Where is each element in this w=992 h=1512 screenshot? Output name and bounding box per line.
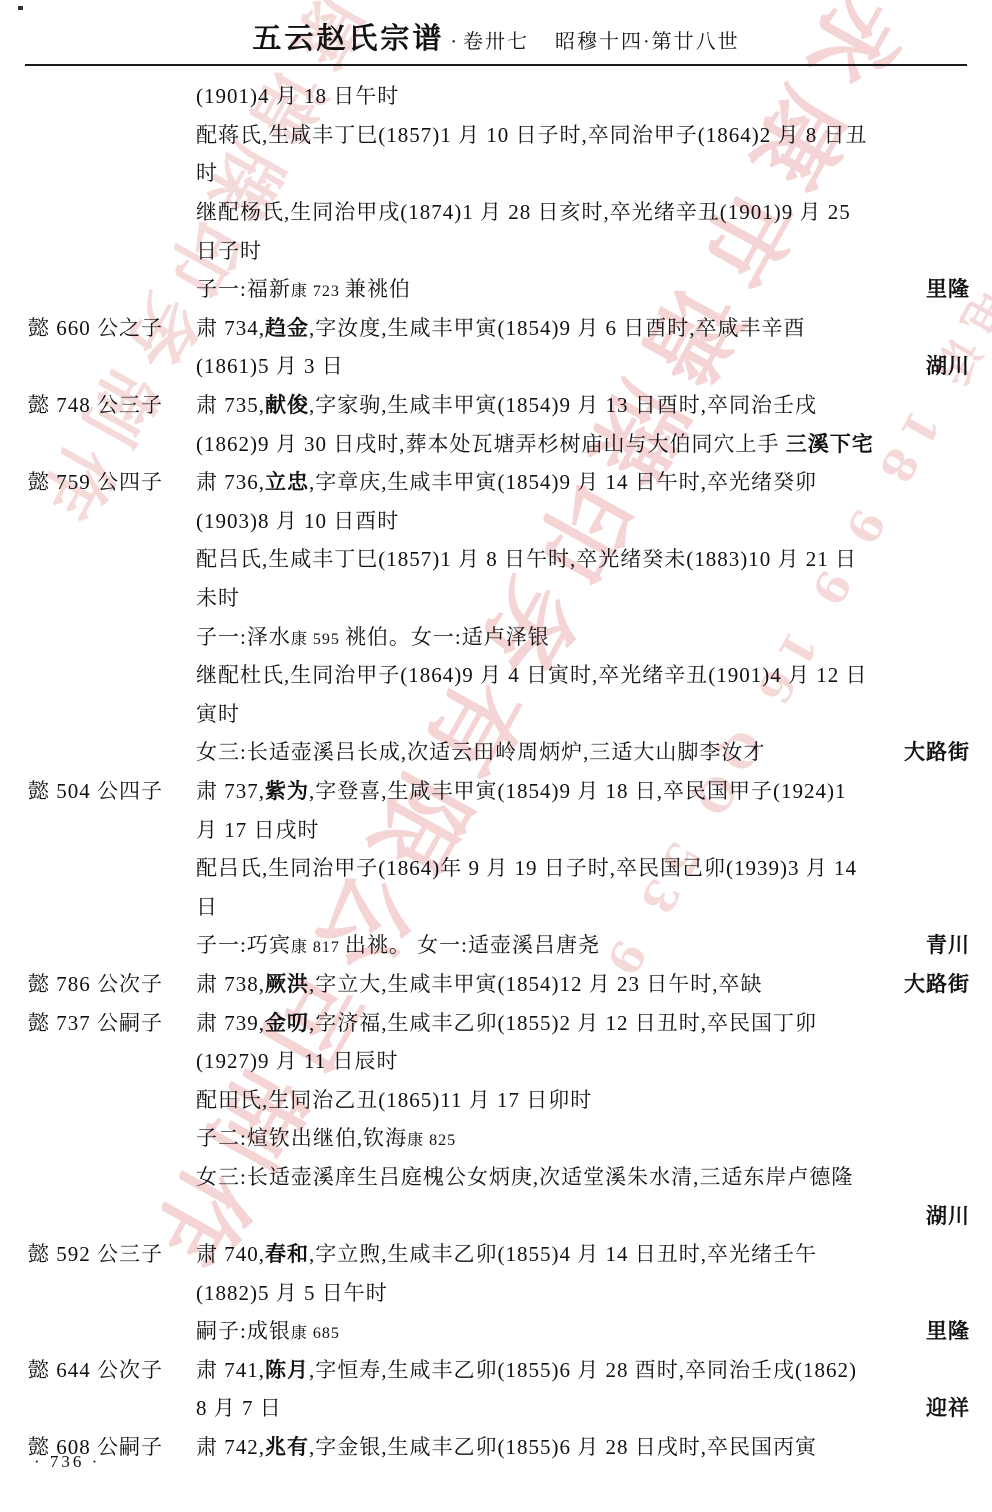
genealogy-line: 继配杨氏,生同治甲戌(1874)1 月 28 日亥时,卒光绪辛丑(1901)9 … [0,192,992,231]
line-text: 肃 735,献俊,字家驹,生咸丰甲寅(1854)9 月 13 日酉时,卒同治壬戌 [196,389,817,419]
small-annotation-text: 康 595 [291,631,345,648]
body-text: 配吕氏,生同治甲子(1864)年 9 月 19 日子时,卒民国己卯(1939)3… [196,856,857,880]
line-text: 子一:福新康 723 兼祧伯 [196,273,411,303]
genealogy-line: (1862)9 月 30 日戌时,葬本处瓦塘弄杉树庙山与大伯同穴上手 三溪下宅 [0,423,992,462]
genealogy-line: 嗣子:成银康 685里隆 [0,1311,992,1350]
line-text: (1862)9 月 30 日戌时,葬本处瓦塘弄杉树庙山与大伯同穴上手 三溪下宅 [196,428,874,458]
body-text: 肃 737, [196,779,265,803]
line-text: 配吕氏,生同治甲子(1864)年 9 月 19 日子时,卒民国己卯(1939)3… [196,852,857,882]
body-text: 肃 741, [196,1358,265,1382]
line-text: 女三:长适壶溪吕长成,次适云田岭周炳炉,三适大山脚李汝才 [196,736,765,766]
bold-text: 兆有 [265,1435,309,1459]
genealogy-line: 湖川 [0,1195,992,1234]
body-text: 肃 739, [196,1011,265,1035]
volume-label: 卷卅七 [463,31,529,53]
generation-label: 昭穆十四·第廿八世 [555,31,740,53]
line-text: 未时 [196,582,240,612]
body-text: 肃 735, [196,393,265,417]
body-text: ,字家驹,生咸丰甲寅(1854)9 月 13 日酉时,卒同治壬戌 [309,393,817,417]
line-text: 时 [196,157,218,187]
body-text: (1861)5 月 3 日 [196,354,344,378]
genealogy-text-body: (1901)4 月 18 日午时配蒋氏,生咸丰丁巳(1857)1 月 10 日子… [0,76,992,1465]
page-number: · 736 · [34,1452,100,1472]
genealogy-line: 懿 504 公四子肃 737,紫为,字登喜,生咸丰甲寅(1854)9 月 18 … [0,771,992,810]
body-text: 配吕氏,生咸丰丁巳(1857)1 月 8 日午时,卒光绪癸未(1883)10 月… [196,547,857,571]
genealogy-line: 配田氏,生同治乙丑(1865)11 月 17 日卯时 [0,1079,992,1118]
genealogy-line: 配吕氏,生咸丰丁巳(1857)1 月 8 日午时,卒光绪癸未(1883)10 月… [0,539,992,578]
body-text: 配蒋氏,生咸丰丁巳(1857)1 月 10 日子时,卒同治甲子(1864)2 月… [196,123,867,147]
place-name: 里隆 [914,1315,970,1345]
body-text: ,字恒寿,生咸丰乙卯(1855)6 月 28 酉时,卒同治壬戌(1862) [309,1358,857,1382]
entry-parent-label: 懿 786 公次子 [28,968,163,998]
line-text: 肃 739,金叨,字济福,生咸丰乙卯(1855)2 月 12 日丑时,卒民国丁卯 [196,1007,817,1037]
line-text: 肃 742,兆有,字金银,生咸丰乙卯(1855)6 月 28 日戌时,卒民国丙寅 [196,1431,817,1461]
line-text: 子二:煊钦出继伯,钦海康 825 [196,1122,456,1152]
body-text: 继配杜氏,生同治甲子(1864)9 月 4 日寅时,卒光绪辛丑(1901)4 月… [196,663,867,687]
genealogy-line: (1903)8 月 10 日酉时 [0,501,992,540]
genealogy-line: 配蒋氏,生咸丰丁巳(1857)1 月 10 日子时,卒同治甲子(1864)2 月… [0,115,992,154]
entry-parent-label: 懿 660 公之子 [28,312,163,342]
place-name: 里隆 [914,273,970,303]
bold-text: 湖川 [926,1204,970,1228]
bold-text: 里隆 [926,1319,970,1343]
bold-text: 趋金 [265,316,309,340]
genealogy-line: 子二:煊钦出继伯,钦海康 825 [0,1118,992,1157]
line-text: 肃 736,立忠,字章庆,生咸丰甲寅(1854)9 月 14 日午时,卒光绪癸卯 [196,466,817,496]
genealogy-line: 月 17 日戌时 [0,809,992,848]
bold-text: 迎祥 [926,1396,970,1420]
line-text: 子一:泽水康 595 祧伯。女一:适卢泽银 [196,621,550,651]
page-header: 五云赵氏宗谱·卷卅七昭穆十四·第廿八世 [0,16,992,57]
body-text: ,字章庆,生咸丰甲寅(1854)9 月 14 日午时,卒光绪癸卯 [309,470,817,494]
line-text: 肃 740,春和,字立煦,生咸丰乙卯(1855)4 月 14 日丑时,卒光绪壬午 [196,1238,817,1268]
book-title: 五云赵氏宗谱 [252,23,444,55]
body-text: 肃 742, [196,1435,265,1459]
genealogy-line: (1861)5 月 3 日湖川 [0,346,992,385]
genealogy-line: 继配杜氏,生同治甲子(1864)9 月 4 日寅时,卒光绪辛丑(1901)4 月… [0,655,992,694]
genealogy-line: 子一:福新康 723 兼祧伯里隆 [0,269,992,308]
line-text: 月 17 日戌时 [196,814,320,844]
body-text: (1903)8 月 10 日酉时 [196,509,399,533]
line-text: 肃 734,趋金,字汝度,生咸丰甲寅(1854)9 月 6 日酉时,卒咸丰辛酉 [196,312,806,342]
body-text: ,字立大,生咸丰甲寅(1854)12 月 23 日午时,卒缺 [309,972,763,996]
body-text: 子一:泽水 [196,625,291,649]
genealogy-line: 女三:长适壶溪吕长成,次适云田岭周炳炉,三适大山脚李汝才大路街 [0,732,992,771]
line-text: 肃 741,陈月,字恒寿,生咸丰乙卯(1855)6 月 28 酉时,卒同治壬戌(… [196,1354,857,1384]
genealogy-line: 懿 786 公次子肃 738,厥洪,字立大,生咸丰甲寅(1854)12 月 23… [0,964,992,1003]
line-text: 肃 737,紫为,字登喜,生咸丰甲寅(1854)9 月 18 日,卒民国甲子(1… [196,775,846,805]
genealogy-line: 日 [0,886,992,925]
body-text: 未时 [196,586,240,610]
body-text: (1927)9 月 11 日辰时 [196,1049,398,1073]
body-text: 子二:煊钦出继伯,钦海 [196,1126,407,1150]
scan-artifact [18,6,23,10]
body-text: 祧伯。女一:适卢泽银 [345,625,550,649]
entry-parent-label: 懿 504 公四子 [28,775,163,805]
line-text: 继配杨氏,生同治甲戌(1874)1 月 28 日亥时,卒光绪辛丑(1901)9 … [196,196,851,226]
body-text: 日子时 [196,239,262,263]
genealogy-line: 懿 608 公嗣子肃 742,兆有,字金银,生咸丰乙卯(1855)6 月 28 … [0,1427,992,1466]
entry-parent-label: 懿 644 公次子 [28,1354,163,1384]
body-text: 子一:福新 [196,277,291,301]
header-divider-line [25,64,967,66]
line-text: 女三:长适壶溪庠生吕庭槐公女炳庚,次适堂溪朱水清,三适东岸卢德隆 [196,1161,853,1191]
body-text: (1901)4 月 18 日午时 [196,84,399,108]
entry-parent-label: 懿 748 公三子 [28,389,163,419]
body-text: 继配杨氏,生同治甲戌(1874)1 月 28 日亥时,卒光绪辛丑(1901)9 … [196,200,851,224]
line-text: 配蒋氏,生咸丰丁巳(1857)1 月 10 日子时,卒同治甲子(1864)2 月… [196,119,867,149]
line-text: 嗣子:成银康 685 [196,1315,340,1345]
line-text: 8 月 7 日 [196,1392,282,1422]
line-text: 子一:巧宾康 817 出祧。 女一:适壶溪吕唐尧 [196,929,600,959]
genealogy-line: (1882)5 月 5 日午时 [0,1272,992,1311]
body-text: ,字立煦,生咸丰乙卯(1855)4 月 14 日丑时,卒光绪壬午 [309,1242,817,1266]
body-text: (1862)9 月 30 日戌时,葬本处瓦塘弄杉树庙山与大伯同穴上手 [196,432,786,456]
body-text: 肃 740, [196,1242,265,1266]
bold-text: 里隆 [926,277,970,301]
genealogy-line: (1927)9 月 11 日辰时 [0,1041,992,1080]
place-name: 湖川 [914,350,970,380]
body-text: 肃 734, [196,316,265,340]
genealogy-line: 懿 759 公四子肃 736,立忠,字章庆,生咸丰甲寅(1854)9 月 14 … [0,462,992,501]
line-text: 配田氏,生同治乙丑(1865)11 月 17 日卯时 [196,1084,592,1114]
body-text: (1882)5 月 5 日午时 [196,1281,388,1305]
place-name: 青川 [914,929,970,959]
place-name: 湖川 [914,1200,970,1230]
line-text: (1901)4 月 18 日午时 [196,80,399,110]
genealogy-line: 日子时 [0,230,992,269]
genealogy-line: 子一:巧宾康 817 出祧。 女一:适壶溪吕唐尧青川 [0,925,992,964]
entry-parent-label: 懿 737 公嗣子 [28,1007,163,1037]
line-text: (1903)8 月 10 日酉时 [196,505,399,535]
line-text: 日子时 [196,235,262,265]
body-text: ,字济福,生咸丰乙卯(1855)2 月 12 日丑时,卒民国丁卯 [309,1011,817,1035]
genealogy-line: 子一:泽水康 595 祧伯。女一:适卢泽银 [0,616,992,655]
line-text: 肃 738,厥洪,字立大,生咸丰甲寅(1854)12 月 23 日午时,卒缺 [196,968,763,998]
line-text: (1882)5 月 5 日午时 [196,1277,388,1307]
bold-text: 金叨 [265,1011,309,1035]
body-text: 8 月 7 日 [196,1396,282,1420]
bold-text: 厥洪 [265,972,309,996]
genealogy-line: 女三:长适壶溪庠生吕庭槐公女炳庚,次适堂溪朱水清,三适东岸卢德隆 [0,1157,992,1196]
body-text: 配田氏,生同治乙丑(1865)11 月 17 日卯时 [196,1088,592,1112]
body-text: 日 [196,895,218,919]
genealogy-line: 时 [0,153,992,192]
body-text: 出祧。 女一:适壶溪吕唐尧 [345,933,600,957]
body-text: 子一:巧宾 [196,933,291,957]
small-annotation-text: 康 723 [291,283,345,300]
genealogy-line: (1901)4 月 18 日午时 [0,76,992,115]
place-name: 大路街 [892,968,970,998]
body-text: 月 17 日戌时 [196,818,320,842]
genealogy-line: 懿 592 公三子肃 740,春和,字立煦,生咸丰乙卯(1855)4 月 14 … [0,1234,992,1273]
body-text: ,字金银,生咸丰乙卯(1855)6 月 28 日戌时,卒民国丙寅 [309,1435,817,1459]
bold-text: 湖川 [926,354,970,378]
body-text: ,字汝度,生咸丰甲寅(1854)9 月 6 日酉时,卒咸丰辛酉 [309,316,806,340]
body-text: 女三:长适壶溪吕长成,次适云田岭周炳炉,三适大山脚李汝才 [196,740,765,764]
bold-text: 紫为 [265,779,309,803]
bold-text: 春和 [265,1242,309,1266]
small-annotation-text: 康 685 [291,1325,340,1342]
body-text: 嗣子:成银 [196,1319,291,1343]
line-text: 继配杜氏,生同治甲子(1864)9 月 4 日寅时,卒光绪辛丑(1901)4 月… [196,659,867,689]
bold-text: 大路街 [904,740,970,764]
body-text: 肃 736, [196,470,265,494]
genealogy-line: 配吕氏,生同治甲子(1864)年 9 月 19 日子时,卒民国己卯(1939)3… [0,848,992,887]
body-text: ,字登喜,生咸丰甲寅(1854)9 月 18 日,卒民国甲子(1924)1 [309,779,846,803]
place-name: 大路街 [892,736,970,766]
genealogy-line: 懿 748 公三子肃 735,献俊,字家驹,生咸丰甲寅(1854)9 月 13 … [0,385,992,424]
genealogy-line: 未时 [0,578,992,617]
place-name: 迎祥 [914,1392,970,1422]
bold-text: 献俊 [265,393,309,417]
line-text: (1861)5 月 3 日 [196,350,344,380]
bold-text: 青川 [926,933,970,957]
entry-parent-label: 懿 592 公三子 [28,1238,163,1268]
line-text: 日 [196,891,218,921]
bold-text: 陈月 [265,1358,309,1382]
small-annotation-text: 康 817 [291,939,345,956]
genealogy-line: 懿 644 公次子肃 741,陈月,字恒寿,生咸丰乙卯(1855)6 月 28 … [0,1350,992,1389]
small-annotation-text: 康 825 [407,1132,456,1149]
genealogy-line: 8 月 7 日迎祥 [0,1388,992,1427]
genealogy-line: 寅时 [0,694,992,733]
line-text: 配吕氏,生咸丰丁巳(1857)1 月 8 日午时,卒光绪癸未(1883)10 月… [196,543,857,573]
bold-text: 三溪下宅 [786,432,874,456]
title-separator-dot: · [450,31,457,53]
genealogy-line: 懿 660 公之子肃 734,趋金,字汝度,生咸丰甲寅(1854)9 月 6 日… [0,308,992,347]
body-text: 时 [196,161,218,185]
line-text: (1927)9 月 11 日辰时 [196,1045,398,1075]
genealogy-line: 懿 737 公嗣子肃 739,金叨,字济福,生咸丰乙卯(1855)2 月 12 … [0,1002,992,1041]
body-text: 女三:长适壶溪庠生吕庭槐公女炳庚,次适堂溪朱水清,三适东岸卢德隆 [196,1165,853,1189]
body-text: 寅时 [196,702,240,726]
line-text: 寅时 [196,698,240,728]
bold-text: 立忠 [265,470,309,494]
body-text: 肃 738, [196,972,265,996]
body-text: 兼祧伯 [345,277,411,301]
bold-text: 大路街 [904,972,970,996]
entry-parent-label: 懿 759 公四子 [28,466,163,496]
